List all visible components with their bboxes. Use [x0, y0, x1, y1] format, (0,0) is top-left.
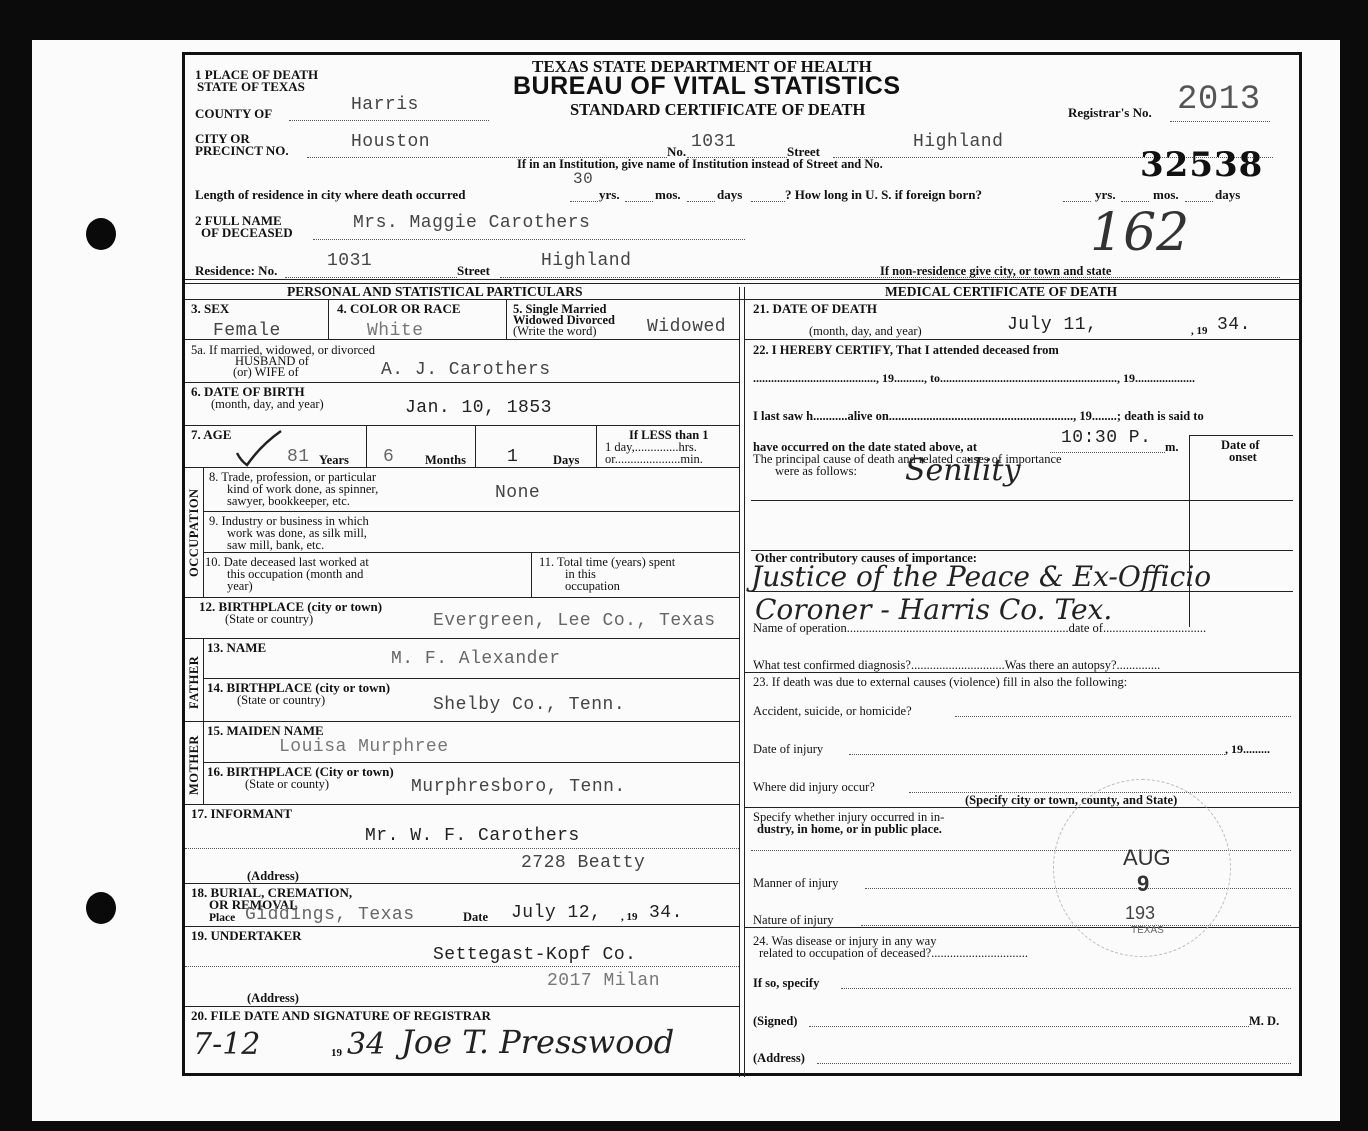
occupation-side-label: OCCUPATION — [187, 488, 202, 577]
checkmark-icon — [235, 429, 285, 469]
address-number: 1031 — [691, 132, 736, 152]
street-value: Highland — [913, 132, 1003, 152]
last-saw-line: I last saw h...........alive on.........… — [753, 410, 1204, 422]
father-side-label: FATHER — [187, 656, 202, 709]
father-name-label: 13. NAME — [207, 642, 266, 654]
trade-value: None — [495, 483, 540, 503]
deceased-name: Mrs. Maggie Carothers — [353, 213, 590, 233]
father-name-value: M. F. Alexander — [391, 649, 561, 669]
if-so-label: If so, specify — [753, 977, 819, 989]
date-of-death-value: July 11, — [1007, 315, 1097, 335]
informant-value: Mr. W. F. Carothers — [365, 826, 580, 846]
certifier-line-1: Justice of the Peace & Ex-Officio — [751, 560, 1211, 593]
burial-date-label: Date — [463, 911, 488, 923]
file-date-label: 20. FILE DATE AND SIGNATURE OF REGISTRAR — [191, 1010, 491, 1022]
certificate-title: STANDARD CERTIFICATE OF DEATH — [570, 100, 865, 120]
punch-hole-bottom — [86, 892, 116, 924]
city-value: Houston — [351, 132, 430, 152]
certify-label: 22. I HEREBY CERTIFY, That I attended de… — [753, 344, 1059, 356]
accident-label: Accident, suicide, or homicide? — [753, 705, 912, 717]
undertaker-label: 19. UNDERTAKER — [191, 930, 302, 942]
injury-date-label: Date of injury — [753, 743, 823, 755]
spouse-value: A. J. Carothers — [381, 360, 551, 380]
marital-status-value: Widowed — [647, 317, 726, 337]
dob-value: Jan. 10, 1853 — [405, 398, 552, 418]
attended-line: ........................................… — [753, 372, 1195, 384]
md-label: M. D. — [1249, 1015, 1279, 1027]
state-of-texas-label: STATE OF TEXAS — [197, 81, 305, 93]
file-year-value: 34 — [347, 1027, 385, 1062]
foreign-born-label: ? How long in U. S. if foreign born? — [785, 189, 982, 201]
diagnosis-label: What test confirmed diagnosis?..........… — [753, 659, 1160, 671]
bureau-title: BUREAU OF VITAL STATISTICS — [513, 72, 901, 101]
time-of-death-value: 10:30 P. — [1061, 428, 1151, 448]
stamp-state: TEXAS — [1131, 925, 1164, 936]
residence-no-label: Residence: No. — [195, 265, 277, 277]
date-of-death-label: 21. DATE OF DEATH — [753, 303, 877, 315]
age-years-value: 81 — [287, 447, 310, 467]
informant-address-value: 2728 Beatty — [521, 853, 645, 873]
death-certificate-form: 1 PLACE OF DEATH STATE OF TEXAS TEXAS ST… — [182, 52, 1302, 1076]
residence-street-label: Street — [457, 265, 490, 277]
father-birthplace-value: Shelby Co., Tenn. — [433, 695, 625, 715]
undertaker-value: Settegast-Kopf Co. — [433, 945, 636, 965]
manner-label: Manner of injury — [753, 877, 838, 889]
age-days-value: 1 — [507, 447, 518, 467]
undertaker-address-label: (Address) — [247, 992, 299, 1004]
race-label: 4. COLOR OR RACE — [337, 303, 461, 315]
precinct-label: PRECINCT NO. — [195, 145, 289, 157]
sex-value: Female — [213, 321, 281, 341]
total-time-label: 11. Total time (years) spent — [539, 556, 675, 568]
birthplace-value: Evergreen, Lee Co., Texas — [433, 611, 716, 631]
mother-side-label: MOTHER — [187, 735, 202, 795]
burial-place-value: Giddings, Texas — [245, 905, 415, 925]
mother-maiden-label: 15. MAIDEN NAME — [207, 725, 324, 737]
stamp-day: 9 — [1137, 871, 1149, 897]
burial-year-value: 34. — [649, 903, 683, 923]
medical-section-title: MEDICAL CERTIFICATE OF DEATH — [885, 284, 1117, 300]
personal-section-title: PERSONAL AND STATISTICAL PARTICULARS — [287, 284, 582, 300]
death-year-value: 34. — [1217, 315, 1251, 335]
county-label: COUNTY OF — [195, 108, 272, 120]
registrar-signature: Joe T. Presswood — [401, 1023, 674, 1061]
residence-number: 1031 — [327, 251, 372, 271]
handwritten-number: 162 — [1090, 203, 1189, 263]
race-value: White — [367, 321, 424, 341]
age-label: 7. AGE — [191, 429, 231, 441]
external-causes-label: 23. If death was due to external causes … — [753, 676, 1127, 688]
stamp-year: 193 — [1125, 903, 1155, 924]
undertaker-address-value: 2017 Milan — [547, 971, 660, 991]
file-number: 32538 — [1140, 145, 1263, 185]
sex-label: 3. SEX — [191, 303, 229, 315]
informant-label: 17. INFORMANT — [191, 808, 292, 820]
registrar-no-label: Registrar's No. — [1068, 107, 1152, 119]
residence-length-label: Length of residence in city where death … — [195, 189, 465, 201]
county-value: Harris — [351, 95, 419, 115]
signed-label: (Signed) — [753, 1015, 797, 1027]
nature-label: Nature of injury — [753, 914, 834, 926]
operation-label: Name of operation.......................… — [753, 622, 1206, 634]
injury-where-label: Where did injury occur? — [753, 781, 875, 793]
mother-birthplace-value: Murphresboro, Tenn. — [411, 777, 626, 797]
registrar-number: 2013 — [1177, 81, 1261, 119]
burial-date-value: July 12, — [511, 903, 601, 923]
file-date-value: 7-12 — [193, 1027, 260, 1062]
stamp-month: AUG — [1123, 845, 1171, 871]
residence-street: Highland — [541, 251, 631, 271]
residence-years-value: 30 — [573, 170, 593, 188]
principal-cause-value: Senility — [905, 453, 1020, 488]
punch-hole-top — [86, 218, 116, 250]
age-months-value: 6 — [383, 447, 394, 467]
mother-maiden-value: Louisa Murphree — [279, 737, 449, 757]
non-residence-note: If non-residence give city, or town and … — [880, 265, 1111, 277]
informant-address-label: (Address) — [247, 870, 299, 882]
institution-note: If in an Institution, give name of Insti… — [517, 158, 883, 170]
physician-address-label: (Address) — [753, 1052, 805, 1064]
